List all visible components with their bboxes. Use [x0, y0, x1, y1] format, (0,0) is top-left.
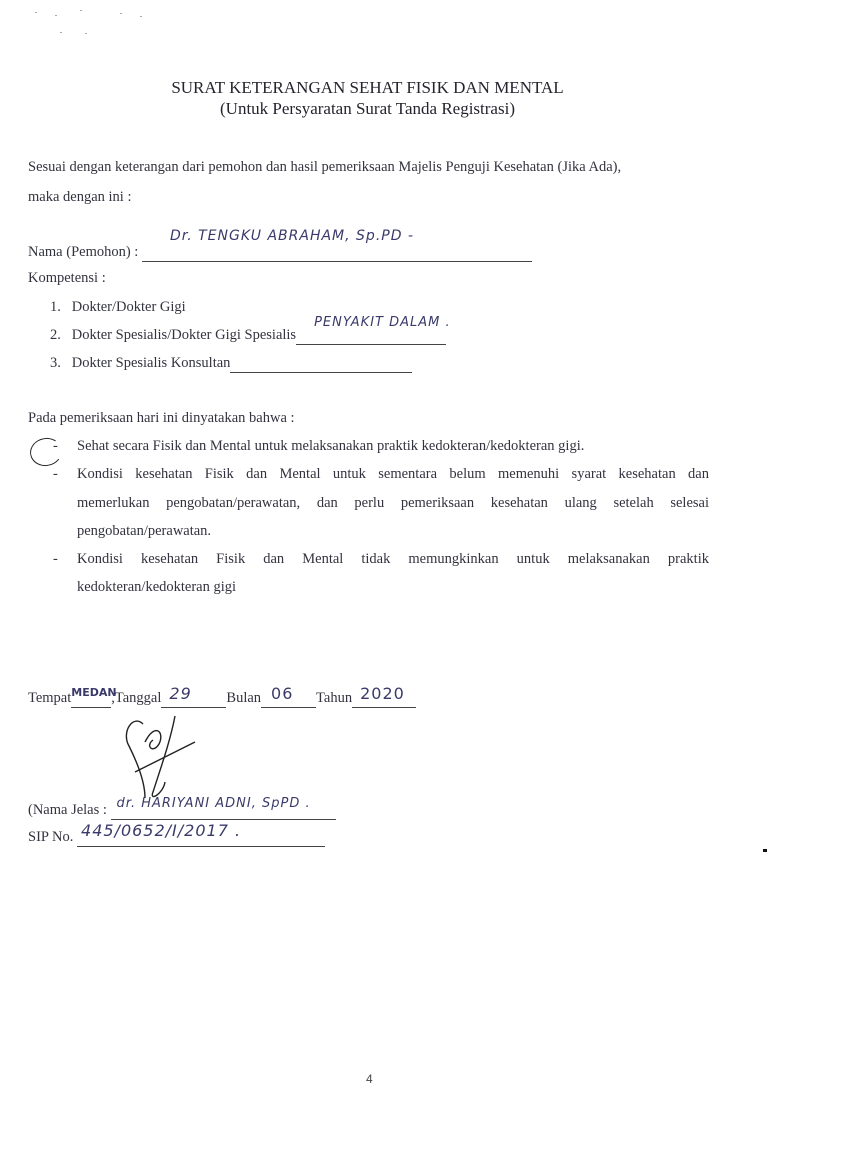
clear-name-input[interactable]: dr. HARIYANI ADNI, SpPD . — [111, 802, 336, 820]
sip-row: SIP No. 445/0652/I/2017 . — [28, 829, 325, 847]
clear-name-row: (Nama Jelas : dr. HARIYANI ADNI, SpPD . — [28, 802, 336, 820]
competence-item-1: 1. Dokter/Dokter Gigi — [50, 299, 186, 316]
consultant-input[interactable] — [230, 355, 412, 373]
applicant-value: Dr. TENGKU ABRAHAM, Sp.PD - — [170, 228, 414, 244]
signature-icon — [115, 712, 205, 802]
sip-label: SIP No. — [28, 829, 73, 845]
statement-2-line-3: pengobatan/perawatan. — [77, 523, 211, 540]
competence-item-3: 3. Dokter Spesialis Konsultan — [50, 355, 412, 373]
date-input[interactable]: 29 — [161, 690, 226, 708]
year-label: Tahun — [316, 690, 352, 706]
applicant-input[interactable]: Dr. TENGKU ABRAHAM, Sp.PD - — [142, 244, 532, 262]
page-number: 4 — [366, 1072, 373, 1086]
date-place-row: TempatMEDAN ,Tanggal29 Bulan06 Tahun2020 — [28, 690, 416, 708]
specialist-value: PENYAKIT DALAM . — [314, 315, 451, 330]
exam-label: Pada pemeriksaan hari ini dinyatakan bah… — [28, 410, 295, 427]
applicant-label: Nama (Pemohon) : — [28, 244, 138, 260]
statement-3-bullet: - — [53, 551, 58, 568]
document-title: SURAT KETERANGAN SEHAT FISIK DAN MENTAL — [0, 78, 735, 98]
date-label: Tanggal — [115, 690, 162, 706]
document-subtitle: (Untuk Persyaratan Surat Tanda Registras… — [0, 99, 735, 119]
statement-2-line-1[interactable]: Kondisi kesehatan Fisik dan Mental untuk… — [77, 466, 709, 483]
clear-name-label: (Nama Jelas : — [28, 802, 107, 818]
sip-input[interactable]: 445/0652/I/2017 . — [77, 829, 325, 847]
year-input[interactable]: 2020 — [352, 690, 416, 708]
applicant-field: Nama (Pemohon) : Dr. TENGKU ABRAHAM, Sp.… — [28, 244, 532, 262]
selection-circle — [28, 435, 64, 468]
place-label: Tempat — [28, 690, 71, 706]
statement-1[interactable]: Sehat secara Fisik dan Mental untuk mela… — [77, 438, 584, 455]
statement-2-bullet: - — [53, 466, 58, 483]
statement-3-line-2: kedokteran/kedokteran gigi — [77, 579, 236, 596]
intro-line-1: Sesuai dengan keterangan dari pemohon da… — [28, 159, 708, 176]
month-input[interactable]: 06 — [261, 690, 316, 708]
competence-label: Kompetensi : — [28, 270, 106, 287]
statement-2-line-2: memerlukan pengobatan/perawatan, dan per… — [77, 495, 709, 512]
competence-item-2: 2. Dokter Spesialis/Dokter Gigi Spesiali… — [50, 327, 446, 345]
intro-line-2: maka dengan ini : — [28, 189, 131, 206]
place-input[interactable]: MEDAN — [71, 690, 111, 708]
statement-3-line-1[interactable]: Kondisi kesehatan Fisik dan Mental tidak… — [77, 551, 709, 568]
month-label: Bulan — [226, 690, 261, 706]
statement-1-bullet: - — [53, 438, 58, 455]
scan-dot — [763, 849, 767, 852]
specialist-input[interactable]: PENYAKIT DALAM . — [296, 327, 446, 345]
